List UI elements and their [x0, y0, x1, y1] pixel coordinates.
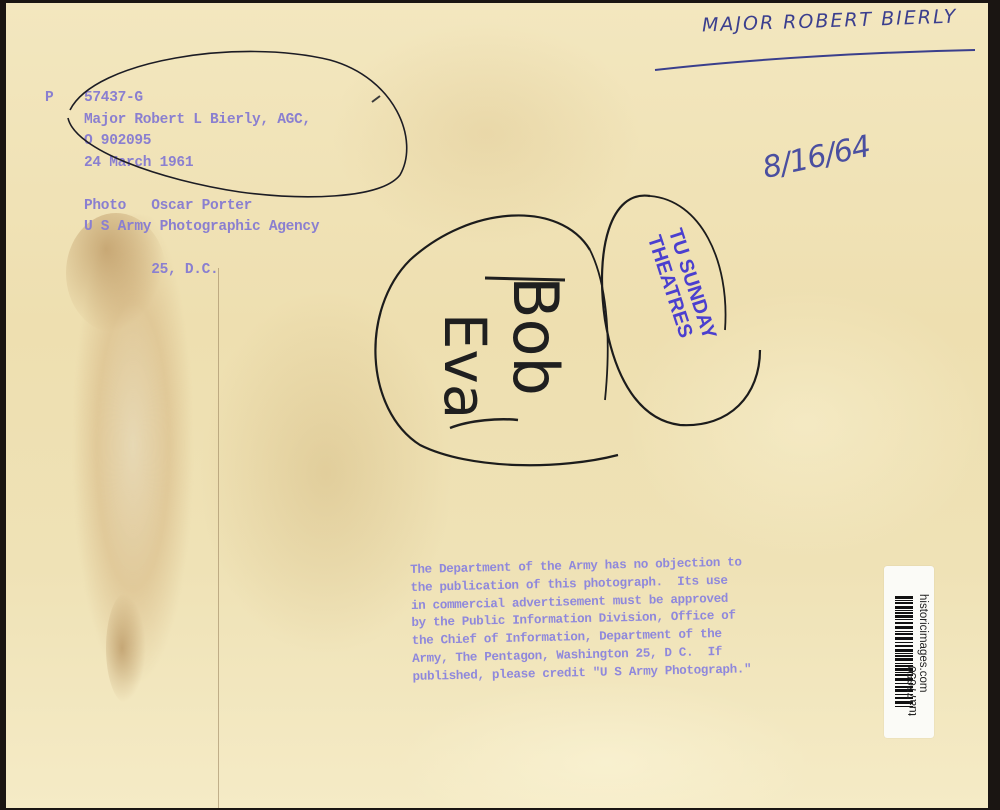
- caption-line: [84, 174, 319, 196]
- caption-line: Photo Oscar Porter: [84, 196, 319, 218]
- caption-line: U S Army Photographic Agency: [84, 217, 319, 239]
- handwritten-note-bob: Bob: [504, 271, 566, 401]
- caption-line: 57437-G: [84, 88, 319, 110]
- caption-line: 24 March 1961: [84, 153, 319, 175]
- army-publication-notice: The Department of the Army has no object…: [410, 554, 752, 686]
- caption-prefix: P: [45, 88, 53, 110]
- caption-line: Major Robert L Bierly, AGC,: [84, 110, 319, 132]
- barcode-label: historicimages.com tua77650: [884, 566, 934, 738]
- caption-line: 25, D.C.: [84, 260, 319, 282]
- barcode-id-text: tua77650: [905, 666, 919, 716]
- typed-caption: 57437-GMajor Robert L Bierly, AGC,O 9020…: [84, 88, 319, 282]
- fold-crease: [218, 268, 219, 808]
- caption-line: O 902095: [84, 131, 319, 153]
- handwritten-note-eva: Eva: [434, 301, 496, 431]
- caption-line: [84, 239, 319, 261]
- stain-bottom: [106, 593, 146, 703]
